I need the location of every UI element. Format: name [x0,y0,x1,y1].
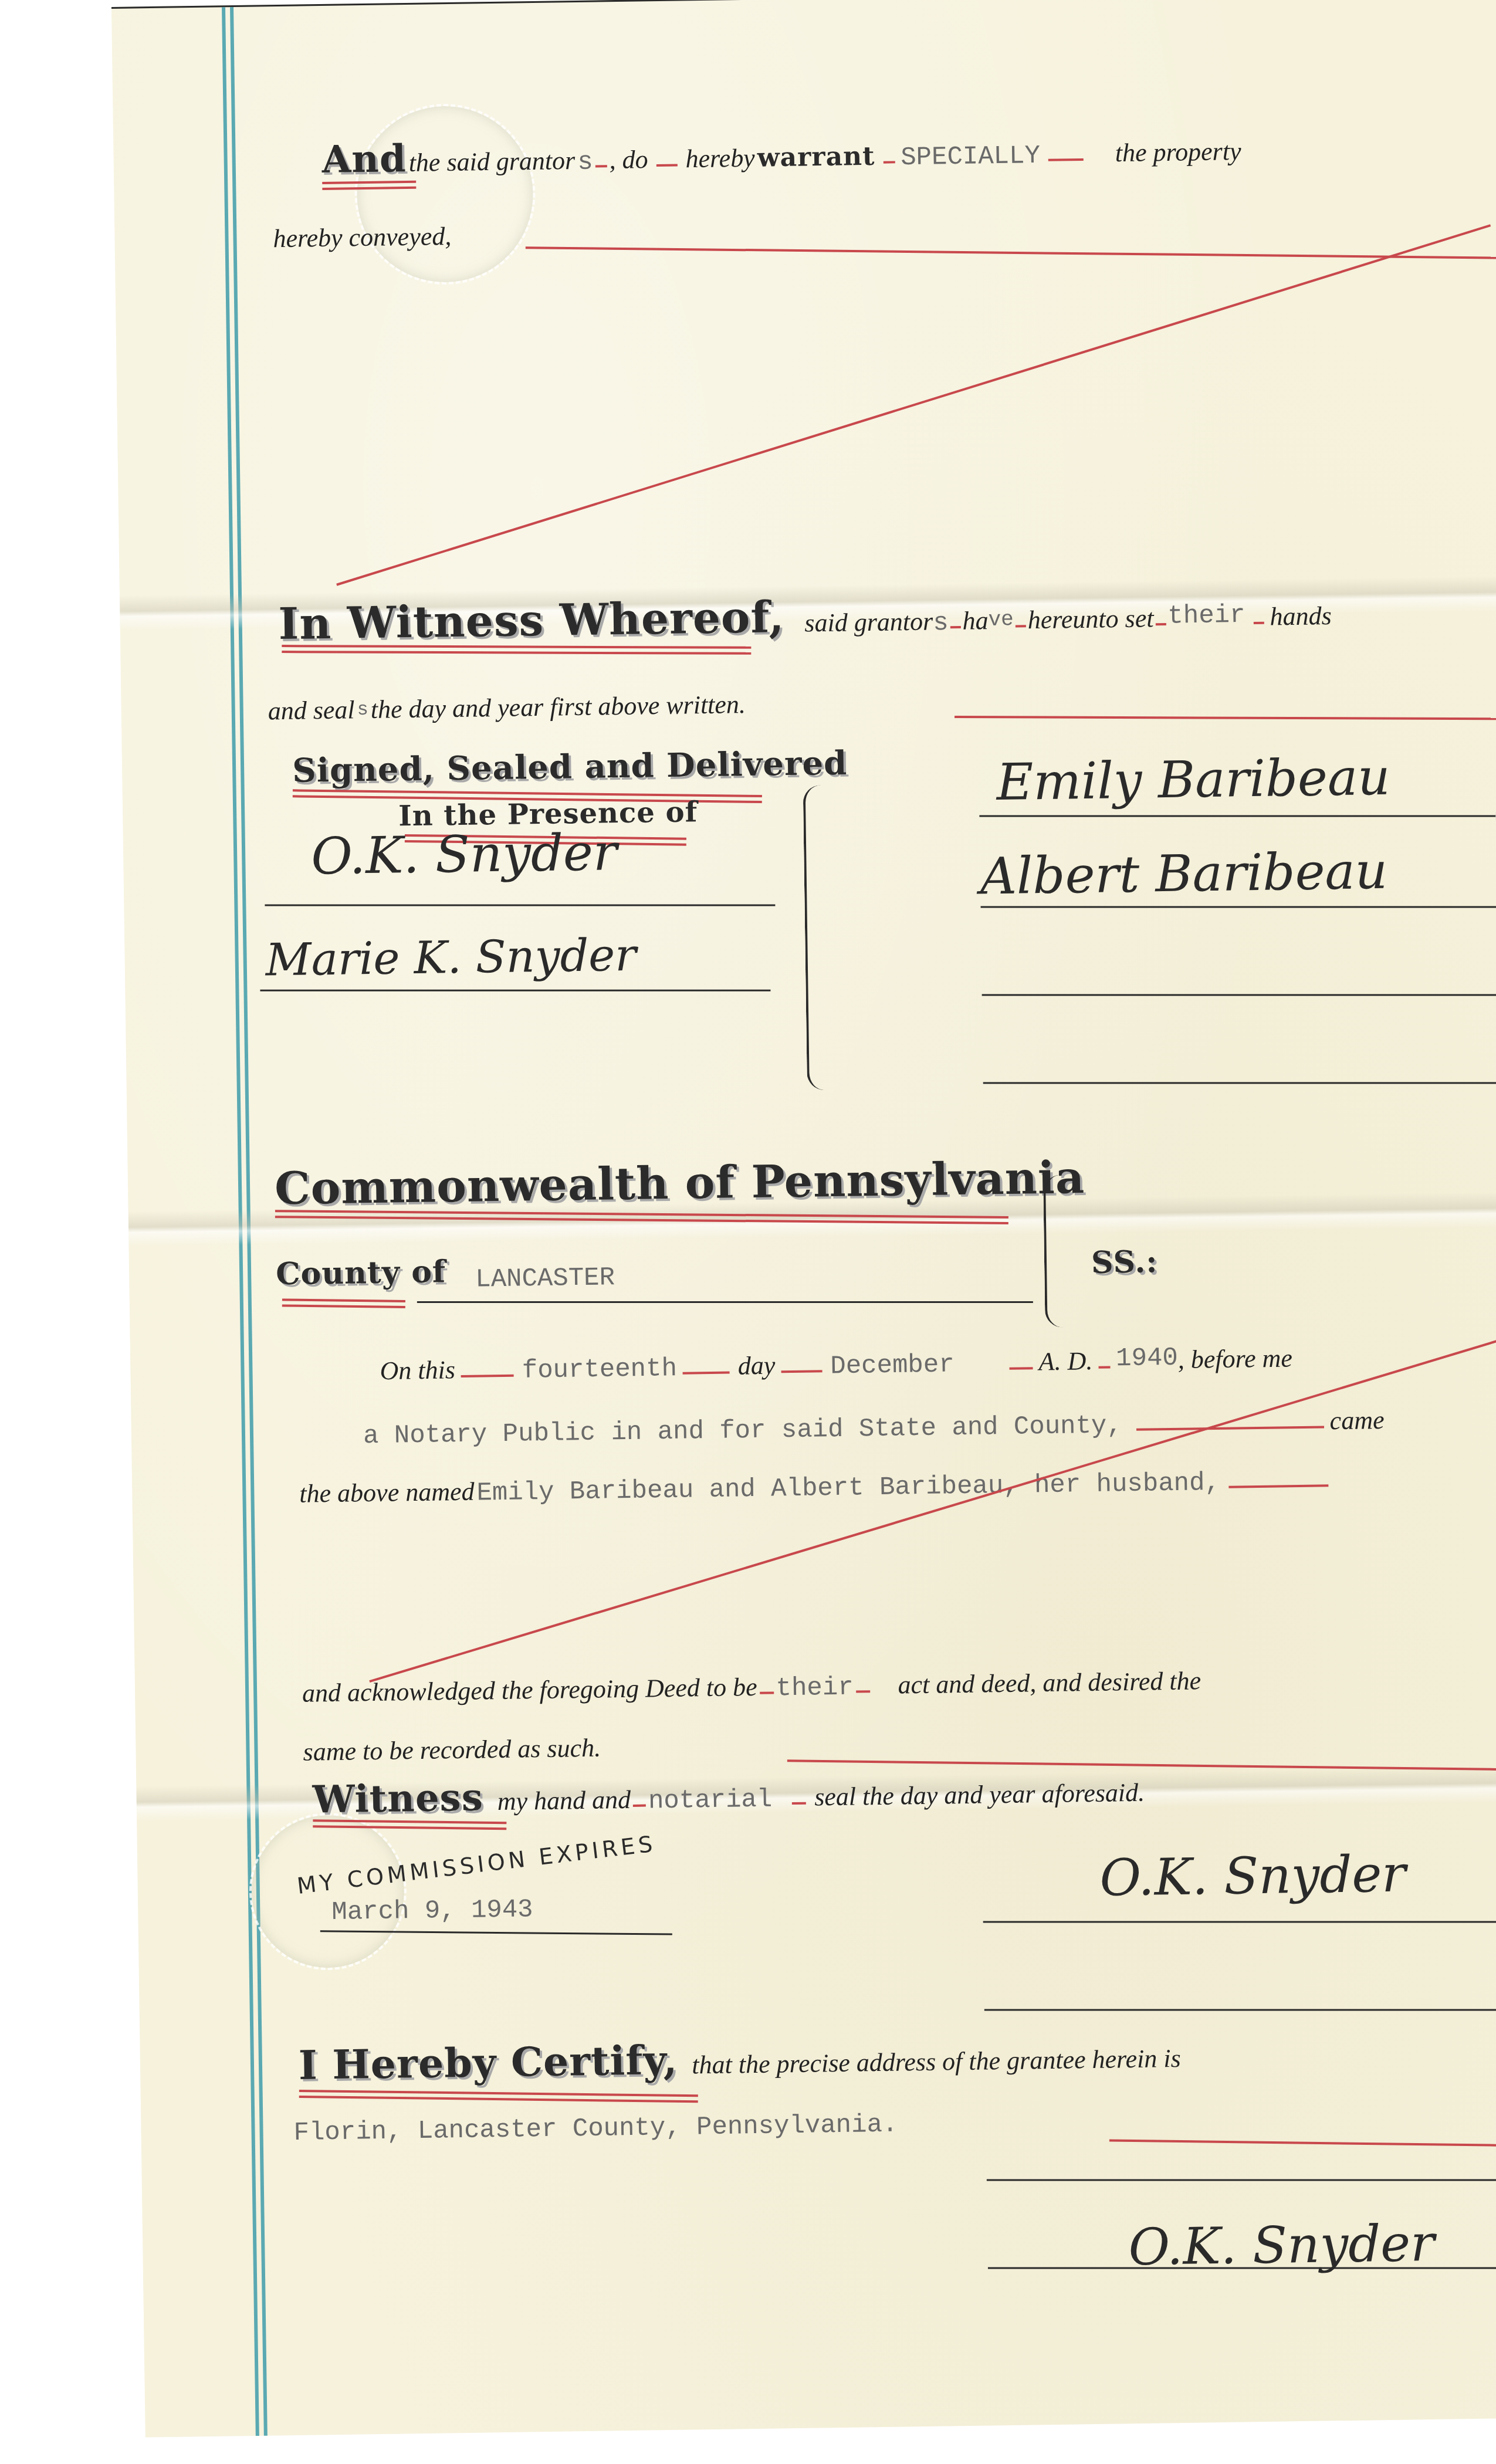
witness-whereof-clause: In Witness Whereof, said grantorshaveher… [111,0,1496,9]
static-text: A. D. [1038,1346,1092,1376]
signature-line [265,904,775,906]
static-text: said grantor [804,607,933,638]
witness-heading: Witness [312,1775,483,1822]
execution-block: Signed, Sealed and Delivered In the Pres… [111,0,1496,9]
year-field[interactable]: 1940 [1116,1343,1178,1373]
day-field[interactable]: fourteenth [522,1354,678,1386]
embossed-seal-icon [353,103,536,286]
signature-line [981,906,1496,908]
heading-underline [299,2090,698,2103]
red-fill-line [1109,2140,1496,2148]
static-text: that the precise address of the grantee … [692,2044,1181,2080]
signature-line [987,2179,1496,2181]
heading-underline [322,181,416,190]
static-text: act and deed, and desired the [898,1666,1201,1699]
static-text: hereby conveyed, [273,221,451,253]
signature-line[interactable] [983,1082,1496,1084]
static-text: seal the day and year aforesaid. [814,1778,1145,1812]
red-fill-line [955,716,1496,720]
fill-line [417,1301,1033,1303]
acknowledgment-block: Commonwealth of Pennsylvania County of L… [111,0,1496,9]
static-text: , before me [1177,1343,1292,1374]
witness-whereof-heading: In Witness Whereof, [278,592,785,649]
signature-line[interactable] [982,994,1496,996]
notary-signature[interactable]: O.K. Snyder [1099,1845,1406,1908]
static-text: the above named [299,1477,475,1508]
witness-signature[interactable]: O.K. Snyder [311,823,618,886]
static-text: the property [1115,137,1241,167]
static-text: On this [380,1355,455,1385]
county-field[interactable]: LANCASTER [475,1263,615,1294]
signature-line [260,990,770,991]
county-label: County of [276,1254,446,1292]
static-text: same to be recorded as such. [303,1733,601,1767]
grantor-signature[interactable]: Albert Baribeau [980,842,1388,906]
month-field[interactable]: December [830,1350,955,1381]
grantor-suffix-field[interactable]: s [577,148,593,177]
signature-line [988,2267,1496,2269]
certification-block: I Hereby Certify, that the precise addre… [111,0,1496,9]
static-text: the said grantor [408,146,575,177]
heading-underline [282,645,751,655]
witness-signature[interactable]: Marie K. Snyder [265,929,637,986]
certify-heading: I Hereby Certify, [298,2037,678,2089]
officer-field[interactable]: a Notary Public in and for said State an… [363,1411,1122,1451]
signature-line [979,815,1495,817]
signature-line [983,1921,1496,1923]
warrant-word: warrant [757,141,875,173]
static-text: and seal [268,695,355,725]
static-text: ha [962,606,989,635]
static-text: hands [1270,601,1332,631]
static-text: day [738,1351,776,1380]
warranty-lead: And [321,137,407,182]
red-fill-line [526,246,1496,260]
seal-type-field[interactable]: notarial [648,1785,773,1816]
warranty-clause: And the said grantor s, do hereby warran… [111,0,1496,9]
static-text: , do [609,145,648,174]
signature-line [984,2009,1496,2011]
their-field[interactable]: their [1167,601,1245,631]
static-text: hereby [685,144,755,174]
above-named-field[interactable]: Emily Baribeau and Albert Baribeau, her … [476,1468,1220,1508]
red-cancel-line [336,224,1491,585]
static-text: and acknowledged the foregoing Deed to b… [302,1673,757,1708]
heading-underline [282,1298,405,1308]
grantee-address-field[interactable]: Florin, Lancaster County, Pennsylvania. [293,2110,898,2148]
commission-stamp: MY COMMISSION EXPIRES March 9, 1943 [284,1849,696,1937]
static-text: came [1329,1406,1385,1435]
deed-page: And the said grantor s, do hereby warran… [111,0,1496,2438]
bracket-icon [803,785,827,1090]
commission-date-field[interactable]: March 9, 1943 [331,1895,533,1927]
static-text: the day and year first above written. [371,690,746,724]
signed-sealed-heading: Signed, Sealed and Delivered [292,744,848,790]
static-text: hereunto set [1027,604,1153,634]
bracket-icon [1043,1175,1065,1328]
grantor-signature[interactable]: Emily Baribeau [996,748,1390,812]
seal-suffix-field[interactable]: s [357,699,368,720]
have-suffix-field[interactable]: ve [988,607,1014,632]
their-field[interactable]: their [776,1673,854,1704]
scilicet-label: SS.: [1091,1244,1158,1281]
grantor-suffix-field[interactable]: s [933,608,949,638]
static-text: my hand and [497,1785,631,1816]
fill-line [320,1930,672,1935]
warrant-type-field[interactable]: SPECIALLY [901,141,1040,172]
